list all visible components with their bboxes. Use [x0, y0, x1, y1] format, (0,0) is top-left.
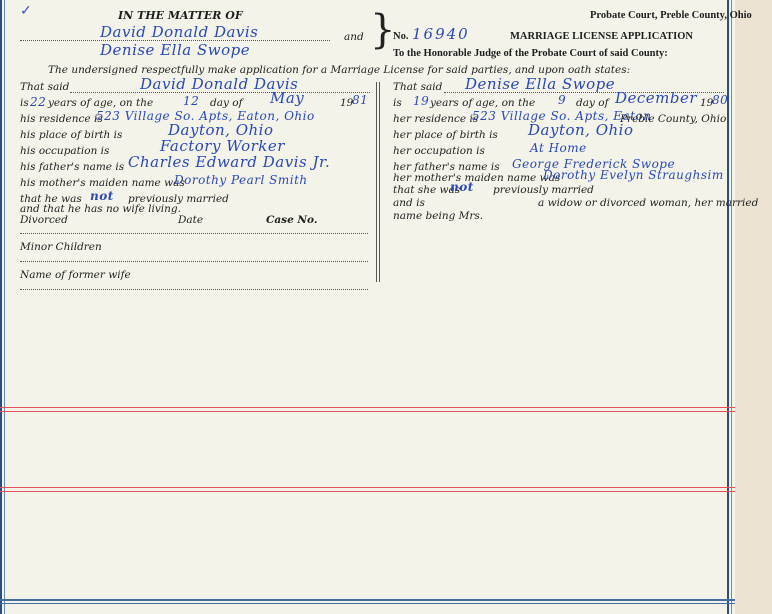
- bride-married-value: not: [450, 179, 474, 195]
- bride-birthplace: Dayton, Ohio: [528, 122, 634, 138]
- label: and is: [393, 197, 425, 209]
- bride-birth-day: 9: [558, 92, 566, 108]
- groom-name-header: David Donald Davis: [100, 24, 258, 40]
- label: Date: [178, 214, 203, 226]
- bride-age: 19: [413, 93, 429, 109]
- bride-birth-year: 80: [712, 92, 728, 108]
- groom-birth-day: 12: [183, 93, 199, 109]
- check-mark-icon: ✓: [20, 3, 32, 19]
- right-border-inner: [731, 0, 732, 614]
- divider-red: [0, 411, 735, 412]
- and-label: and: [344, 31, 364, 43]
- groom-married-value: not: [90, 188, 114, 204]
- divider-blue: [0, 599, 735, 601]
- label: previously married: [493, 184, 594, 196]
- bride-mother: Dorothy Evelyn Straughsim: [543, 167, 724, 183]
- bride-occupation: At Home: [530, 140, 587, 156]
- no-label: No.: [393, 31, 408, 43]
- label: That said: [393, 81, 442, 93]
- divider-red: [0, 407, 735, 408]
- bride-birth-month: December: [615, 90, 697, 106]
- divider-red: [0, 487, 735, 488]
- court-name: Probate Court, Preble County, Ohio: [590, 10, 752, 22]
- marriage-license-document: ✓ IN THE MATTER OF David Donald Davis an…: [0, 0, 772, 614]
- label: Name of former wife: [20, 269, 131, 281]
- label: her residence is: [393, 113, 478, 125]
- label: name being Mrs.: [393, 210, 483, 222]
- license-number: 16940: [412, 26, 470, 42]
- groom-occupation: Factory Worker: [160, 138, 285, 154]
- paper-edge: [735, 0, 772, 614]
- in-matter-of-label: IN THE MATTER OF: [118, 10, 243, 22]
- groom-mother: Dorothy Pearl Smith: [174, 172, 308, 188]
- column-divider: [376, 82, 377, 282]
- label: her mother's maiden name was: [393, 172, 560, 184]
- label: is: [20, 97, 29, 109]
- divider-red: [0, 491, 735, 492]
- blank-line: [20, 233, 368, 234]
- left-border-inner: [4, 0, 5, 614]
- groom-father: Charles Edward Davis Jr.: [128, 154, 330, 170]
- label: a widow or divorced woman, her married: [538, 197, 758, 209]
- groom-birth-month: May: [270, 90, 304, 106]
- label: his place of birth is: [20, 129, 122, 141]
- brace-icon: }: [370, 10, 395, 50]
- label: her occupation is: [393, 145, 485, 157]
- label: his residence is: [20, 113, 103, 125]
- groom-age: 22: [30, 94, 46, 110]
- groom-birth-year: 81: [352, 92, 368, 108]
- form-title: MARRIAGE LICENSE APPLICATION: [510, 31, 693, 43]
- bride-name-header: Denise Ella Swope: [100, 42, 250, 58]
- label: his father's name is: [20, 161, 124, 173]
- bride-name: Denise Ella Swope: [465, 76, 615, 92]
- label: her place of birth is: [393, 129, 498, 141]
- salutation: To the Honorable Judge of the Probate Co…: [393, 48, 668, 60]
- label: his occupation is: [20, 145, 109, 157]
- label: That said: [20, 81, 69, 93]
- column-divider: [379, 82, 380, 282]
- label: Preble County, Ohio: [620, 113, 726, 125]
- divider-blue: [0, 603, 735, 604]
- label: Case No.: [266, 214, 317, 226]
- label: Divorced: [20, 214, 68, 226]
- groom-birthplace: Dayton, Ohio: [168, 122, 274, 138]
- label: is: [393, 97, 402, 109]
- left-border: [0, 0, 2, 614]
- blank-line: [20, 261, 368, 262]
- label: Minor Children: [20, 241, 102, 253]
- blank-line: [20, 289, 368, 290]
